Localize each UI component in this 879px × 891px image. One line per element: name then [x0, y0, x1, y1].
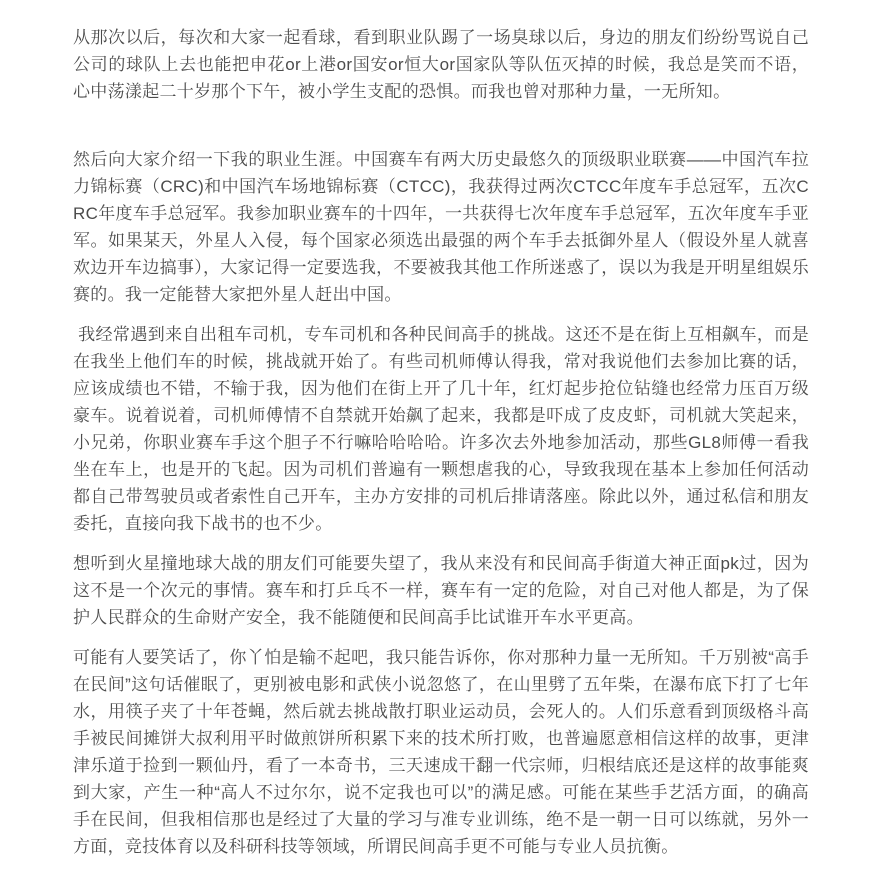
paragraph-racing-career: 然后向大家介绍一下我的职业生涯。中国赛车有两大历史最悠久的顶级职业联赛——中国汽…: [73, 146, 809, 308]
paragraph-driver-challenges: 我经常遇到来自出租车司机，专车司机和各种民间高手的挑战。这还不是在街上互相飙车，…: [73, 321, 809, 537]
paragraph-folk-masters: 可能有人要笑话了，你丫怕是输不起吧，我只能告诉你，你对那种力量一无所知。千万别被…: [73, 644, 809, 860]
paragraph-watching-football: 从那次以后，每次和大家一起看球，看到职业队踢了一场臭球以后，身边的朋友们纷纷骂说…: [73, 24, 809, 105]
article-body: 从那次以后，每次和大家一起看球，看到职业队踢了一场臭球以后，身边的朋友们纷纷骂说…: [73, 24, 809, 860]
article-page: 从那次以后，每次和大家一起看球，看到职业队踢了一场臭球以后，身边的朋友们纷纷骂说…: [0, 0, 879, 860]
paragraph-no-street-pk: 想听到火星撞地球大战的朋友们可能要失望了，我从来没有和民间高手街道大神正面pk过…: [73, 550, 809, 631]
